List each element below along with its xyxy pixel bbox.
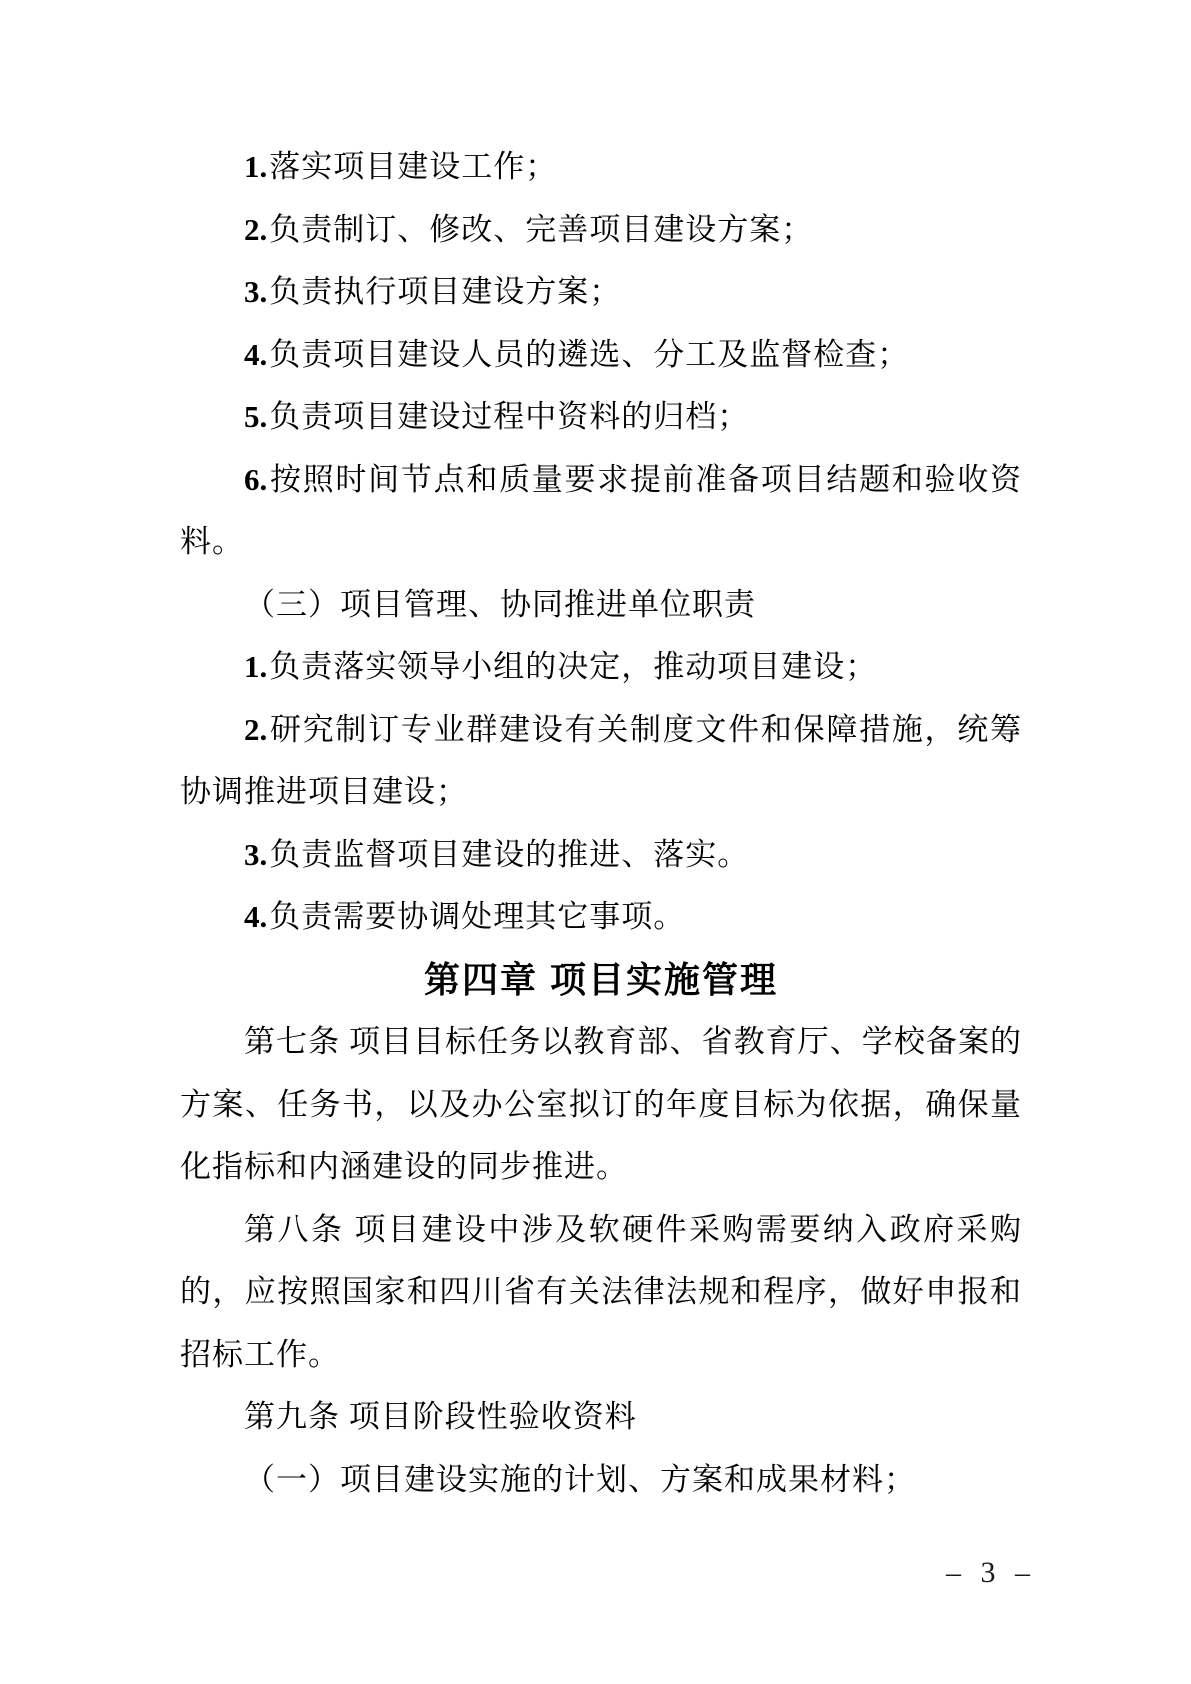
list-number: 4.	[244, 337, 269, 372]
text-line: 招标工作。	[180, 1324, 1022, 1387]
text-line: 协调推进项目建设；	[180, 761, 1022, 824]
text-line: 2.研究制订专业群建设有关制度文件和保障措施，统筹	[180, 699, 1022, 762]
text-line: 1.落实项目建设工作；	[180, 136, 1022, 199]
text-line: 方案、任务书，以及办公室拟订的年度目标为依据，确保量	[180, 1074, 1022, 1137]
list-number: 3.	[244, 837, 269, 872]
text-line: 第七条 项目目标任务以教育部、省教育厅、学校备案的	[180, 1011, 1022, 1074]
text-line: 4.负责需要协调处理其它事项。	[180, 886, 1022, 949]
list-number: 4.	[244, 899, 269, 934]
page-number: – 3 –	[946, 1556, 1036, 1590]
list-number: 1.	[244, 649, 269, 684]
text-line: 第八条 项目建设中涉及软硬件采购需要纳入政府采购	[180, 1199, 1022, 1262]
text-line: 3.负责执行项目建设方案；	[180, 261, 1022, 324]
text-line: 2.负责制订、修改、完善项目建设方案；	[180, 199, 1022, 262]
list-number: 1.	[244, 149, 269, 184]
text-line: （一）项目建设实施的计划、方案和成果材料；	[180, 1449, 1022, 1512]
page: 1.落实项目建设工作；2.负责制订、修改、完善项目建设方案；3.负责执行项目建设…	[0, 0, 1191, 1684]
text-line: 料。	[180, 511, 1022, 574]
list-number: 2.	[244, 212, 269, 247]
list-number: 6.	[244, 462, 269, 497]
text-line: （三）项目管理、协同推进单位职责	[180, 574, 1022, 637]
text-line: 的，应按照国家和四川省有关法律法规和程序，做好申报和	[180, 1261, 1022, 1324]
text-line: 5.负责项目建设过程中资料的归档；	[180, 386, 1022, 449]
text-line: 化指标和内涵建设的同步推进。	[180, 1136, 1022, 1199]
list-number: 2.	[244, 712, 269, 747]
text-line: 第九条 项目阶段性验收资料	[180, 1386, 1022, 1449]
text-line: 4.负责项目建设人员的遴选、分工及监督检查；	[180, 324, 1022, 387]
list-number: 3.	[244, 274, 269, 309]
list-number: 5.	[244, 399, 269, 434]
text-line: 1.负责落实领导小组的决定，推动项目建设；	[180, 636, 1022, 699]
chapter-heading: 第四章 项目实施管理	[180, 949, 1022, 1012]
text-line: 3.负责监督项目建设的推进、落实。	[180, 824, 1022, 887]
text-line: 6.按照时间节点和质量要求提前准备项目结题和验收资	[180, 449, 1022, 512]
document-body: 1.落实项目建设工作；2.负责制订、修改、完善项目建设方案；3.负责执行项目建设…	[180, 136, 1022, 1511]
